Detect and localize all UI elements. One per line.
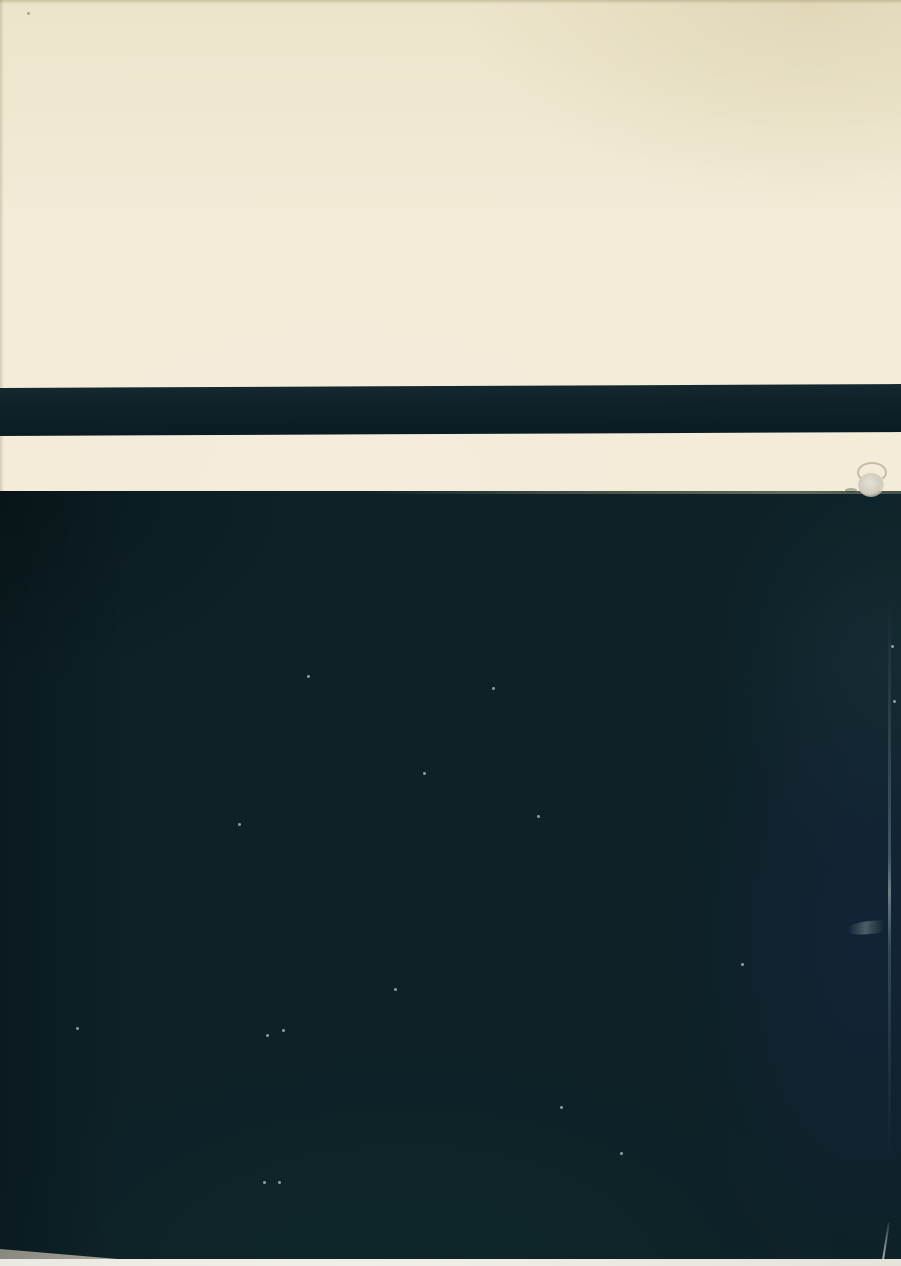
scanned-cover-page xyxy=(0,0,901,1266)
dust-speck xyxy=(537,815,540,818)
dust-speck xyxy=(394,988,397,991)
dust-speck xyxy=(76,1027,79,1030)
dust-speck xyxy=(492,687,495,690)
dust-speck xyxy=(741,963,744,966)
dust-speck xyxy=(278,1181,281,1184)
dust-speck xyxy=(893,700,896,703)
dust-speck xyxy=(620,1152,623,1155)
dust-speck xyxy=(891,645,894,648)
scanner-bed-bottom-strip xyxy=(0,1259,901,1266)
dust-speck xyxy=(307,675,310,678)
dust-speck xyxy=(282,1029,285,1032)
dust-speck xyxy=(560,1106,563,1109)
dust-speck xyxy=(423,772,426,775)
dust-speck xyxy=(263,1181,266,1184)
dust-speck xyxy=(266,1034,269,1037)
dust-speck xyxy=(27,12,30,15)
dust-speck xyxy=(238,823,241,826)
dust-speck-layer xyxy=(0,0,901,1266)
